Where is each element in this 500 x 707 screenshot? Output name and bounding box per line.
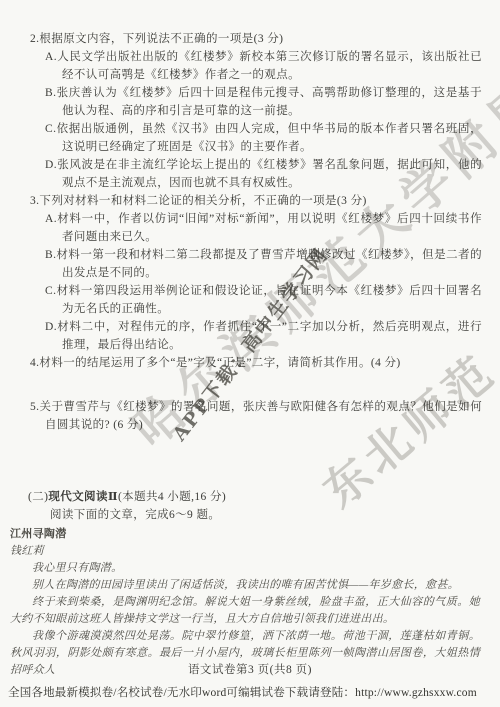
question-3-option-c: C.材料一第四段运用举例论证和假设论证，旨在证明今本《红楼梦》后四十回署名为无名…: [0, 282, 490, 318]
page-number-label: 语文试卷第3 页(共8 页): [0, 661, 500, 677]
exam-page: 哈尔滨师范大学附属 东北师范 APP下载：高中生学习网 2.根据原文内容，下列说…: [0, 0, 500, 707]
essay-paragraph: 别人在陶潜的田园诗里读出了闲适恬淡，我读出的唯有困苦忧惧——年岁愈长，愈甚。: [10, 577, 480, 594]
question-2-option-b: B.张庆善认为《红楼梦》后四十回是程伟元搜寻、高鹗帮助修订整理的，这是基于他认为…: [0, 84, 490, 120]
section-2-heading: (二)现代文阅读Ⅱ(本题共4 小题,16 分): [0, 488, 490, 506]
exam-content: 2.根据原文内容，下列说法不正确的一项是(3 分) A.人民文学出版社出版的《红…: [0, 0, 500, 679]
reading-passage: 江州寻陶潜 钱红莉 我心里只有陶潜。 别人在陶潜的田园诗里读出了闲适恬淡，我读出…: [0, 526, 490, 679]
question-3-option-a: A.材料一中，作者以仿词“旧闻”对标“新闻”，用以说明《红楼梦》后四十回续书作者…: [0, 210, 490, 246]
section-2-title: 现代文阅读Ⅱ: [48, 491, 118, 503]
essay-author: 钱红莉: [10, 543, 480, 560]
essay-title: 江州寻陶潜: [10, 526, 480, 543]
essay-paragraph: 终于来到柴桑，是陶渊明纪念馆。解说大姐一身紫丝绒，脸盘丰盈，正大仙容的气质。她大…: [10, 594, 480, 628]
question-4: 4.材料一的结尾运用了多个“是”字及“正是”二字，请简析其作用。(4 分): [0, 354, 490, 372]
footer-promo-text: 全国各地最新模拟卷/名校试卷/无水印word可编辑试卷下载请登陆：http://…: [8, 684, 477, 700]
question-3-option-b: B.材料一第一段和材料二第二段都提及了曹雪芹增删修改过《红楼梦》，但是二者的出发…: [0, 246, 490, 282]
essay-paragraph: 我心里只有陶潜。: [10, 560, 480, 577]
section-2-number: (二): [28, 491, 48, 503]
section-2-points: (本题共4 小题,16 分): [118, 491, 226, 503]
question-2-stem: 2.根据原文内容，下列说法不正确的一项是(3 分): [0, 30, 490, 48]
question-5: 5.关于曹雪芹与《红楼梦》的署名问题，张庆善与欧阳健各有怎样的观点？他们是如何自…: [0, 398, 490, 434]
section-2-instruction: 阅读下面的文章，完成6～9 题。: [0, 506, 490, 524]
question-2-option-a: A.人民文学出版社出版的《红楼梦》新校本第三次修订版的署名显示，该出版社已经不认…: [0, 48, 490, 84]
question-3-stem: 3.下列对材料一和材料二论证的相关分析，不正确的一项是(3 分): [0, 192, 490, 210]
question-2-option-c: C.依据出版通例，虽然《汉书》由四人完成，但中华书局的版本作者只署名班固，这说明…: [0, 120, 490, 156]
question-2-option-d: D.张风波是在非主流红学论坛上提出的《红楼梦》署名乱象问题，据此可知，他的观点不…: [0, 156, 490, 192]
question-3-option-d: D.材料二中，对程伟元的序，作者抓住“不一”二字加以分析，然后亮明观点，进行推理…: [0, 318, 490, 354]
